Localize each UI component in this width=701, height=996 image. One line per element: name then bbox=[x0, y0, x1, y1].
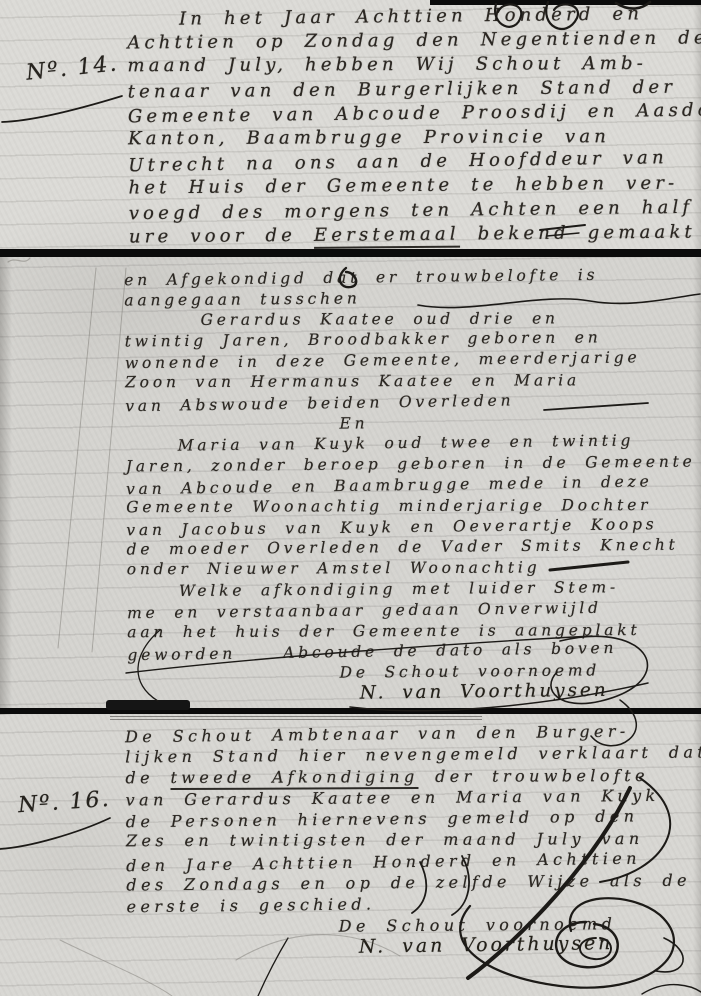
underlined-phrase: Eerstemaal bbox=[314, 223, 460, 248]
scan-hairline-artifact bbox=[110, 716, 482, 720]
handwritten-line: de tweede Afkondiging der trouwbelofte bbox=[125, 764, 699, 788]
scan-separator-bar-top bbox=[430, 0, 701, 5]
scan-separator-bar-lower bbox=[0, 708, 701, 714]
scan-bar-smudge bbox=[106, 700, 190, 710]
handwritten-line: maand July, hebben Wij Schout Amb- bbox=[127, 52, 693, 79]
handwriting-section-banns-detail: en Afgekondigd dat er trouwbelofte isaan… bbox=[124, 265, 700, 707]
scan-edge-shadow-left bbox=[0, 250, 12, 715]
handwritten-line: onder Nieuwer Amstel Woonachtig bbox=[127, 557, 699, 580]
handwriting-section-second-announcement: De Schout Ambtenaar van den Burger-lijke… bbox=[125, 720, 701, 959]
document-scan: Nº. 14. Nº. 16. In het Jaar Achttien Hon… bbox=[0, 0, 701, 996]
handwritten-line: Gerardus Kaatee oud drie en bbox=[125, 307, 697, 330]
underlined-phrase: tweede Afkondiging bbox=[170, 767, 418, 790]
handwriting-section-banns-first: In het Jaar Achttien Honderd enAchttien … bbox=[127, 3, 695, 250]
scan-separator-bar-middle bbox=[0, 249, 701, 257]
